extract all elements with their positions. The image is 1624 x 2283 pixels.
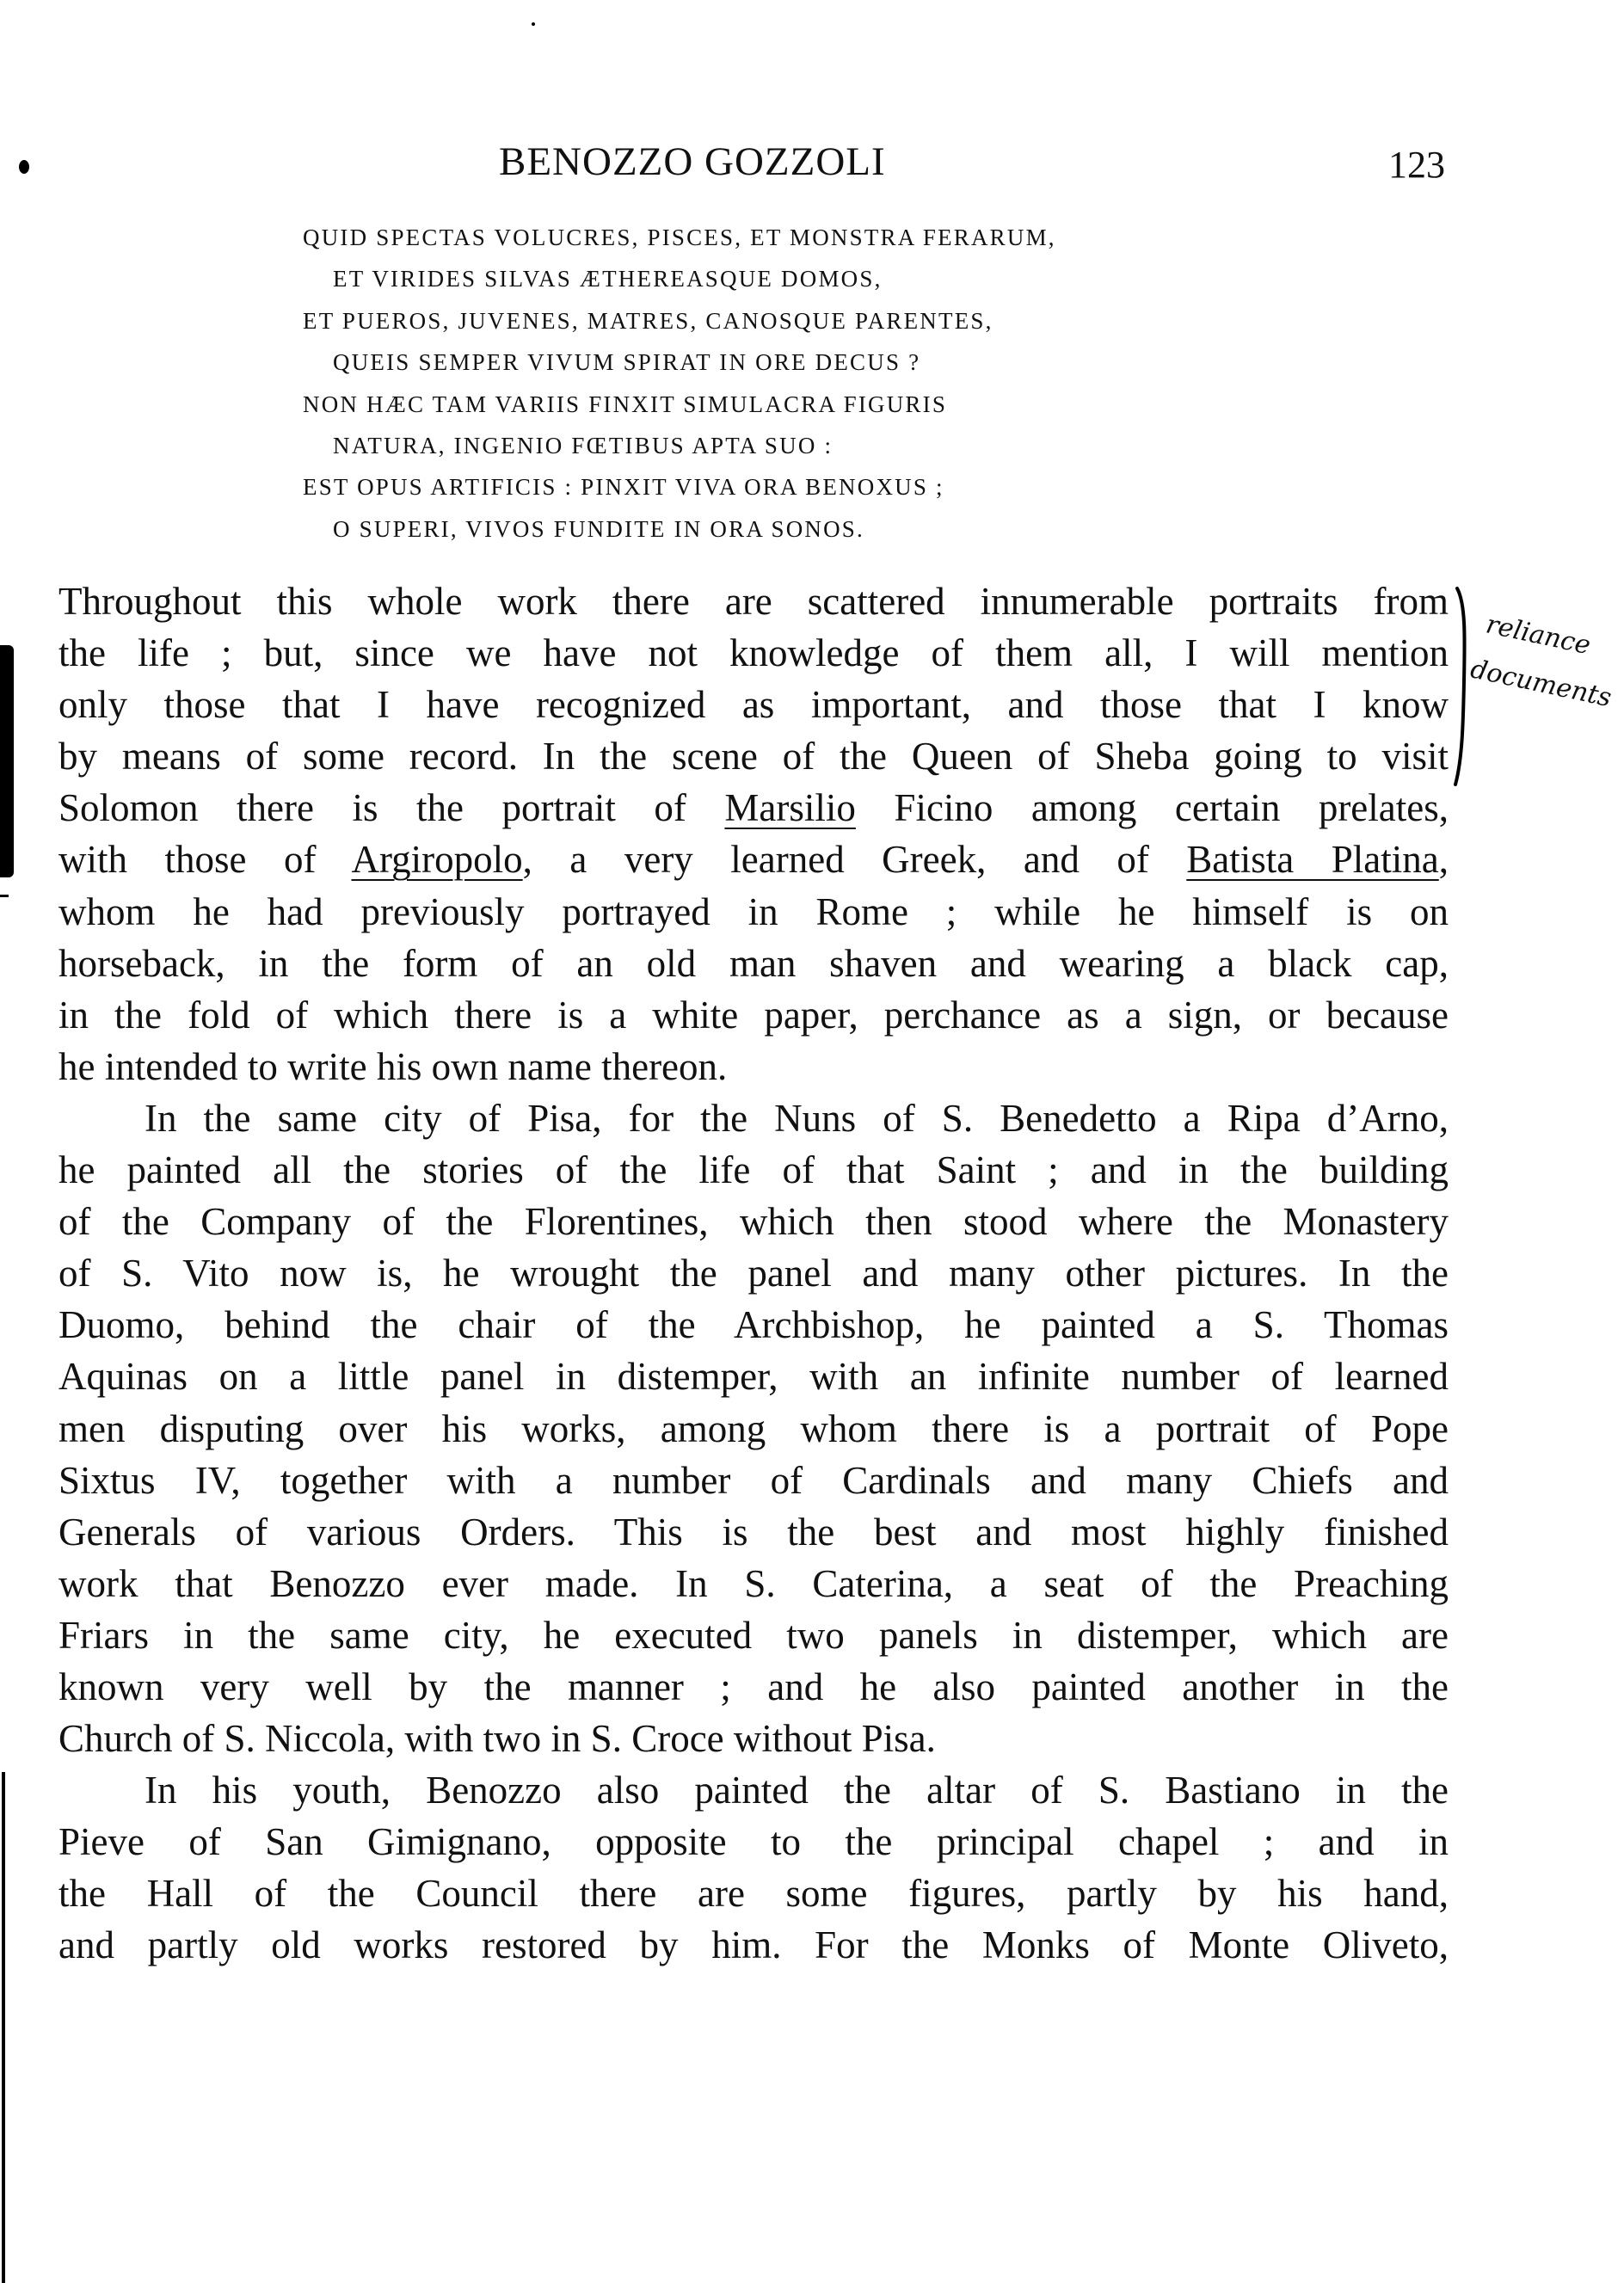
text-line: he intended to write his own name thereo… — [58, 1041, 1449, 1092]
underlined-name-marsilio: Marsilio — [724, 786, 856, 829]
text-line: Duomo, behind the chair of the Archbisho… — [58, 1299, 1449, 1351]
text-line: and partly old works restored by him. Fo… — [58, 1919, 1449, 1971]
underlined-name-platina: Batista Platina — [1186, 838, 1438, 881]
poem-line: NATURA, INGENIO FŒTIBUS APTA SUO : — [303, 425, 1249, 466]
running-title: BENOZZO GOZZOLI — [499, 136, 886, 188]
left-edge-binding-line — [2, 1772, 5, 2283]
text-line: whom he had previously portrayed in Rome… — [58, 886, 1449, 938]
text-fragment: Ficino among certain prelates, — [856, 786, 1449, 829]
paragraph-1: Throughout this whole work there are sca… — [58, 575, 1449, 1092]
text-line: Sixtus IV, together with a number of Car… — [58, 1455, 1449, 1506]
poem-line: ET VIRIDES SILVAS ÆTHEREASQUE DOMOS, — [303, 258, 1249, 299]
text-line: work that Benozzo ever made. In S. Cater… — [58, 1558, 1449, 1609]
poem-line: NON HÆC TAM VARIIS FINXIT SIMULACRA FIGU… — [303, 384, 1249, 425]
paragraph-3: In his youth, Benozzo also painted the a… — [58, 1764, 1449, 1971]
text-line: Friars in the same city, he executed two… — [58, 1609, 1449, 1661]
text-line: Church of S. Niccola, with two in S. Cro… — [58, 1713, 1449, 1764]
text-line: with those of Argiropolo, a very learned… — [58, 834, 1449, 885]
poem-line: EST OPUS ARTIFICIS : PINXIT VIVA ORA BEN… — [303, 466, 1249, 508]
ink-blot-mark — [19, 160, 29, 174]
text-line: only those that I have recognized as imp… — [58, 679, 1449, 730]
text-line: of S. Vito now is, he wrought the panel … — [58, 1247, 1449, 1299]
text-line: he painted all the stories of the life o… — [58, 1144, 1449, 1196]
text-line: Generals of various Orders. This is the … — [58, 1506, 1449, 1558]
body-text: Throughout this whole work there are sca… — [58, 575, 1449, 1972]
text-line: Solomon there is the portrait of Marsili… — [58, 782, 1449, 834]
text-fragment: Solomon there is the portrait of — [58, 786, 724, 829]
handwritten-margin-note: reliance documents — [1486, 602, 1624, 692]
page-number: 123 — [1388, 139, 1445, 191]
text-line: Throughout this whole work there are sca… — [58, 575, 1449, 627]
text-line: of the Company of the Florentines, which… — [58, 1196, 1449, 1247]
poem-line: ET PUEROS, JUVENES, MATRES, CANOSQUE PAR… — [303, 300, 1249, 342]
latin-epigram: QUID SPECTAS VOLUCRES, PISCES, ET MONSTR… — [303, 217, 1249, 550]
underlined-name-argiropolo: Argiropolo — [351, 838, 522, 881]
text-line: Aquinas on a little panel in distemper, … — [58, 1351, 1449, 1402]
paragraph-2: In the same city of Pisa, for the Nuns o… — [58, 1092, 1449, 1764]
left-edge-ink-mark — [0, 645, 14, 877]
left-edge-dash-mark — [0, 895, 9, 897]
text-line: Pieve of San Gimignano, opposite to the … — [58, 1816, 1449, 1868]
poem-line: QUID SPECTAS VOLUCRES, PISCES, ET MONSTR… — [303, 217, 1249, 258]
text-line: by means of some record. In the scene of… — [58, 730, 1449, 782]
text-fragment: , — [1439, 838, 1449, 881]
text-line: in the fold of which there is a white pa… — [58, 989, 1449, 1041]
text-line: horseback, in the form of an old man sha… — [58, 938, 1449, 989]
text-line: In his youth, Benozzo also painted the a… — [58, 1764, 1449, 1816]
ink-speck-mark — [532, 22, 535, 26]
text-fragment: with those of — [58, 838, 351, 881]
text-line: In the same city of Pisa, for the Nuns o… — [58, 1092, 1449, 1144]
text-line: men disputing over his works, among whom… — [58, 1403, 1449, 1455]
text-line: the life ; but, since we have not knowle… — [58, 627, 1449, 679]
poem-line: QUEIS SEMPER VIVUM SPIRAT IN ORE DECUS ? — [303, 342, 1249, 383]
text-line: known very well by the manner ; and he a… — [58, 1661, 1449, 1713]
running-head: BENOZZO GOZZOLI 123 — [0, 136, 1624, 188]
poem-line: O SUPERI, VIVOS FUNDITE IN ORA SONOS. — [303, 508, 1249, 550]
text-fragment: , a very learned Greek, and of — [523, 838, 1187, 881]
text-line: the Hall of the Council there are some f… — [58, 1868, 1449, 1919]
